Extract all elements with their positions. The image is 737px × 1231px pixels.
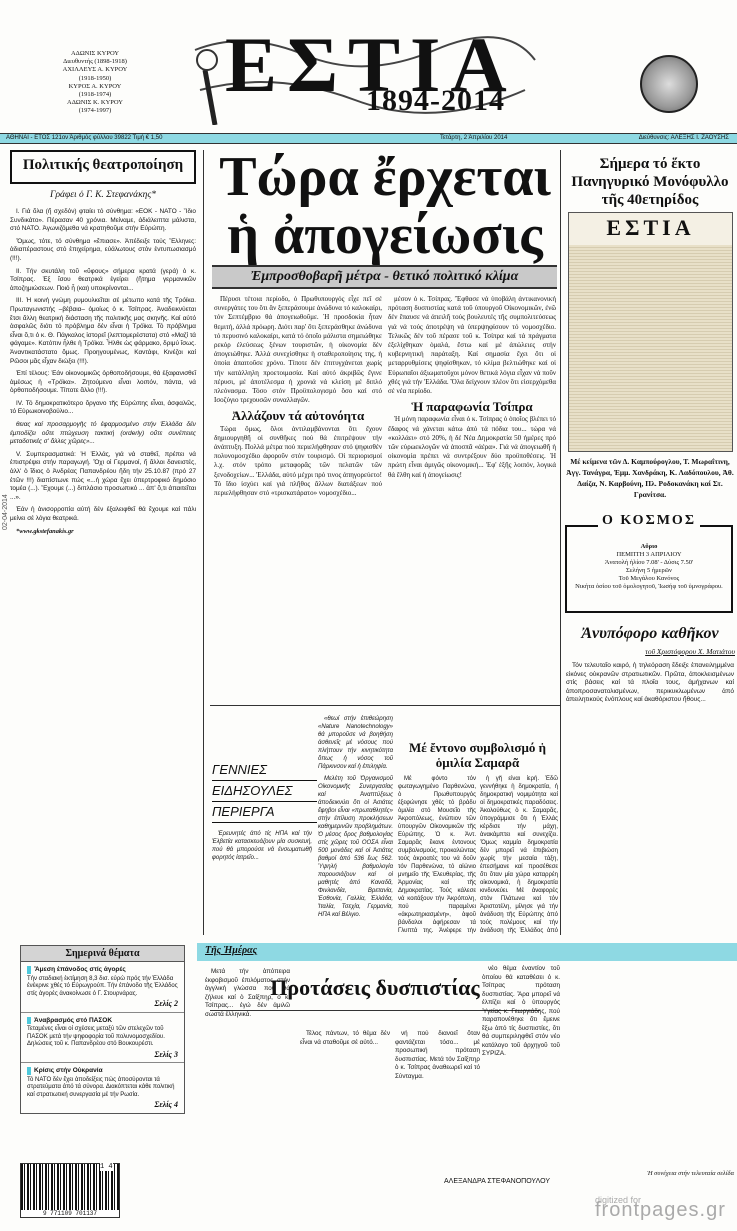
almanac-saint: Τοῦ Μεγάλου Κανόνος <box>567 575 731 583</box>
editorial-col2: Τέλος πάντων, τό θέμα δέν εἶναι νά σταθο… <box>300 1030 390 1170</box>
main-story-col1: Πέρυσι τέτοια περίοδο, ὁ Πρωθυπουργός εἶ… <box>214 295 382 690</box>
paragraph: Ἡ μόνη παραφωνία εἶναι ὁ κ. Τσίπρας ὁ ὁπ… <box>388 415 556 479</box>
founder-name: ΑΔΩΝΙΣ ΚΥΡΟΥ <box>30 50 160 58</box>
founder-years: (1918-1950) <box>30 75 160 83</box>
column-divider <box>203 150 204 935</box>
footnote-link[interactable]: *www.gkstefanakis.gr <box>10 528 196 537</box>
masthead-years: 1894-2014 <box>366 84 505 118</box>
continued-note: Ἡ συνέχεια στήν τελευταία σελίδα <box>566 1170 734 1177</box>
topic-title: Ἀναβρασμός στό ΠΑΣΟΚ <box>27 1017 178 1025</box>
left-article-byline: Γράφει ὁ Γ. Κ. Στεφανάκης* <box>44 190 162 200</box>
paragraph: III. Ἡ κοινή γνώμη ρυμουλκεῖται σέ μέτωπ… <box>10 297 196 366</box>
topic-text: Τεταμένες εἶναι οἱ σχέσεις μεταξύ τῶν στ… <box>27 1026 178 1049</box>
paragraph: νέο θέμα ἐναντίον τοῦ ὁποίου θά καταθέσε… <box>482 965 560 1059</box>
paragraph: Τώρα ὅμως, ὅλοι ἀντιλαμβάνονται ὅτι ἔχου… <box>214 425 382 499</box>
almanac-day: ΠΕΜΠΤΗ 3 ΑΠΡΙΛΙΟΥ <box>567 551 731 559</box>
paragraph: V. Συμπερασματικά: Ἡ Ἑλλάς, γιά νά σταθε… <box>10 451 196 503</box>
founders-list: ΑΔΩΝΙΣ ΚΥΡΟΥ Διευθυντής (1898-1918) ΑΧΙΛ… <box>30 50 160 116</box>
almanac-box: Ο ΚΟΣΜΟΣ Αὔριο ΠΕΜΠΤΗ 3 ΑΠΡΙΛΙΟΥ Ἀνατολή… <box>565 525 733 613</box>
main-story-col2: μέσον ὁ κ. Τσίπρας. Ἔφθασε νά ὑποβάλη ἀν… <box>388 295 556 690</box>
opinion-headline: Ἀνυπόφορο καθῆκον <box>565 625 735 643</box>
headline-line: Τώρα ἔρχεται <box>210 148 560 206</box>
left-article-title: Πολιτικής θεατροποίηση <box>10 150 196 184</box>
samaras-col2: ἡ γῆ εἶναι ἱερή. Ἐδῶ γεννήθηκε ἡ δημοκρα… <box>480 775 558 935</box>
anniversary-headline: Σήμερα τό ἕκτο Πανηγυρικό Μονόφυλλο τῆς … <box>565 155 735 209</box>
editorial-label: Τῆς Ἡμέρας <box>205 945 257 956</box>
barcode-issue: 1 4 <box>100 1163 113 1171</box>
headline-line: ἡ ἀπογείωσις <box>210 206 560 264</box>
paragraph: ἡ γῆ εἶναι ἱερή. Ἐδῶ γεννήθηκε ἡ δημοκρα… <box>480 775 558 935</box>
paragraph: Μέ φόντο τόν φωταγωγημένο Παρθενώνα, ὁ Π… <box>398 775 476 935</box>
left-column-article: Πολιτικής θεατροποίηση Γράφει ὁ Γ. Κ. Στ… <box>10 150 196 540</box>
founder-years: (1974-1997) <box>30 107 160 115</box>
column-divider <box>560 150 561 935</box>
info-bar: ΑΘΗΝΑΙ - ΕΤΟΣ 121ον Άριθμός φύλλου 39822… <box>0 133 737 144</box>
samaras-headline: Μέ ἔντονο συμβολισμό ἡ ὁμιλία Σαμαρᾶ <box>395 740 560 770</box>
paragraph: Ἐπί τέλους: Ἐάν οἰκονομικῶς ὀρθοποδήσουμ… <box>10 370 196 396</box>
briefs-title-line: ΓΕΝΝΙΕΣ <box>212 760 317 781</box>
topic-item[interactable]: Κρίσις στήν Οὐκρανία Τό ΝΑΤΟ δέν ἔχει ἀπ… <box>21 1063 184 1113</box>
editorial-col1: Μετά τήν ἀπόπειρα ἐκφοβισμοῦ ἐπιλόματος … <box>205 968 290 1168</box>
paragraph: Ἐρευνητές ἀπό τίς ΗΠΑ καί τήν Ἑλβετία κα… <box>212 830 312 862</box>
edition-info: ΑΘΗΝΑΙ - ΕΤΟΣ 121ον Άριθμός φύλλου 39822… <box>6 134 162 143</box>
editorial-col4: νέο θέμα ἐναντίον τοῦ ὁποίου θά καταθέσε… <box>482 965 560 1165</box>
topic-item[interactable]: Ἄμεση ἐπάνοδος στίς ἀγορές Τήν σταδιακή … <box>21 962 184 1013</box>
editorial-bar: Τῆς Ἡμέρας <box>197 943 737 961</box>
briefs-col2: «θεωί στήν ἐπιθεώρηση «Nature Nanotechno… <box>318 715 393 935</box>
paragraph: Τέλος πάντων, τό θέμα δέν εἶναι νά σταθο… <box>300 1030 390 1047</box>
paragraph: Μετά τήν ἀπόπειρα ἐκφοβισμοῦ ἐπιλόματος … <box>205 968 290 1019</box>
divider <box>210 705 560 706</box>
paragraph: μέσον ὁ κ. Τσίπρας. Ἔφθασε νά ὑποβάλη ἀν… <box>388 295 556 396</box>
briefs-title-line: ΠΕΡΙΕΡΓΑ <box>212 802 317 823</box>
paragraph: Ἐάν ἡ ἀνισορροπία αὐτή δέν ἐξαλειφθεῖ θά… <box>10 506 196 523</box>
barcode-number: 9 771109 701137 <box>21 1210 119 1217</box>
topic-title: Ἄμεση ἐπάνοδος στίς ἀγορές <box>27 966 178 974</box>
paragraph: θειας καί προσαρμογῆς τό ἐφαρμοσμένο στή… <box>10 421 196 447</box>
left-article-body: I. Γιά ὅλα (ἤ σχεδόν) φταίει τό σύνθημα:… <box>10 208 196 536</box>
founder-name: ΑΧΙΛΛΕΥΣ Α. ΚΥΡΟΥ <box>30 66 160 74</box>
topic-title: Κρίσις στήν Οὐκρανία <box>27 1067 178 1075</box>
founder-name: ΚΥΡΟΣ Α. ΚΥΡΟΥ <box>30 83 160 91</box>
paragraph: Μελέτη τοῦ Ὀργανισμοῦ Οἰκονομικῆς Συνεργ… <box>318 775 393 919</box>
almanac-sun: Ἀνατολή ἡλίου 7.08' - Δύσις 7.50' <box>567 559 731 567</box>
watermark: digitized for frontpages.gr <box>595 1195 726 1215</box>
editorial-signature: ΑΛΕΞΑΝΔΡΑ ΣΤΕΦΑΝΟΠΟΥΛΟΥ <box>400 1178 550 1185</box>
opinion-body: Τόν τελευταῖο καιρό, ἡ τηλεόραση ἔδειξε … <box>566 662 734 1162</box>
paragraph: Πέρυσι τέτοια περίοδο, ὁ Πρωθυπουργός εἶ… <box>214 295 382 405</box>
topic-text: Τήν σταδιακή ἐκτίμηση 8,3 δισ. εὐρώ πρός… <box>27 976 178 999</box>
section-heading: Ἀλλάζουν τά αὐτονόητα <box>214 411 382 420</box>
director-info: Διεύθυνσις: ΑΛΕΞΗΣ Ι. ΖΑΟΥΣΗΣ <box>639 134 729 143</box>
paragraph: «θεωί στήν ἐπιθεώρηση «Nature Nanotechno… <box>318 715 393 771</box>
paragraph: IV. Τό δημοκρατικότερο ὄργανο τῆς Εὐρώπη… <box>10 400 196 417</box>
anniversary-authors: Μέ κείμενα τῶν Δ. Καμπούρογλου, Τ. Μωραΐ… <box>565 456 735 500</box>
issue-date: Τετάρτη, 2 Άπριλίου 2014 <box>440 134 507 143</box>
opinion-byline: τοῦ Χριστόφορου Χ. Ματιάτου <box>565 647 735 656</box>
topic-text: Τό ΝΑΤΟ δέν ἔχει ἀποδείξεις πώς ἀποσύρον… <box>27 1077 178 1100</box>
almanac-moon: Σελήνη 5 ἡμερῶν <box>567 567 731 575</box>
main-subheadline: Ἐμπροσθοβαρῆ μέτρα - θετικό πολιτικό κλί… <box>212 265 557 289</box>
main-headline: Τώρα ἔρχεται ἡ ἀπογείωσις <box>210 148 560 264</box>
section-heading: Ἡ παραφωνία Τσίπρα <box>388 402 556 411</box>
paragraph: I. Γιά ὅλα (ἤ σχεδόν) φταίει τό σύνθημα:… <box>10 208 196 234</box>
today-topics-box: Σημερινά θέματα Ἄμεση ἐπάνοδος στίς ἀγορ… <box>20 945 185 1114</box>
briefs-title: ΓΕΝΝΙΕΣ ΕΙΔΗΣΟΥΛΕΣ ΠΕΡΙΕΡΓΑ <box>212 760 317 825</box>
paragraph: Τόν τελευταῖο καιρό, ἡ τηλεόραση ἔδειξε … <box>566 662 734 705</box>
almanac-title: Ο ΚΟΣΜΟΣ <box>598 513 700 528</box>
anniversary-thumbnail: ΕΣΤΙΑ <box>568 212 733 452</box>
topic-page: Σελίς 2 <box>27 1000 178 1008</box>
paragraph: νή πού διανοεῖ ὅταν φαντάζεται τόσο... μ… <box>395 1030 480 1081</box>
hestia-seal-icon <box>640 55 698 113</box>
paragraph: II. Τήν σκυτάλη τοῦ «ὕφους» σήμερα κρατά… <box>10 268 196 294</box>
almanac-extra: Νικήτα ὁσίου τοῦ ὁμολογητοῦ, Ἰωσήφ τοῦ ὑ… <box>567 583 731 591</box>
barcode-icon: 9 771109 701137 <box>20 1163 120 1218</box>
samaras-col1: Μέ φόντο τόν φωταγωγημένο Παρθενώνα, ὁ Π… <box>398 775 476 935</box>
paragraph: Ὅμως, τότε, τό σύνθημα «ἔπιασε». Ἀπέδειξ… <box>10 238 196 264</box>
topic-page: Σελίς 3 <box>27 1051 178 1059</box>
editorial-col3: νή πού διανοεῖ ὅταν φαντάζεται τόσο... μ… <box>395 1030 480 1170</box>
briefs-title-line: ΕΙΔΗΣΟΥΛΕΣ <box>212 781 317 802</box>
briefs-col1: Ἐρευνητές ἀπό τίς ΗΠΑ καί τήν Ἑλβετία κα… <box>212 830 312 935</box>
topic-page: Σελίς 4 <box>27 1101 178 1109</box>
topic-item[interactable]: Ἀναβρασμός στό ΠΑΣΟΚ Τεταμένες εἶναι οἱ … <box>21 1013 184 1064</box>
side-date: 02-04-2014 <box>2 494 9 530</box>
watermark-logo: frontpages.gr <box>595 1205 726 1215</box>
founder-years: (1918-1974) <box>30 91 160 99</box>
founder-name: ΑΔΩΝΙΣ Κ. ΚΥΡΟΥ <box>30 99 160 107</box>
founder-years: Διευθυντής (1898-1918) <box>30 58 160 66</box>
today-topics-title: Σημερινά θέματα <box>21 946 184 962</box>
masthead: ΕΣΤΙΑ 1894-2014 <box>185 30 545 110</box>
thumbnail-masthead: ΕΣΤΙΑ <box>569 213 732 245</box>
almanac-label: Αὔριο <box>567 543 731 551</box>
